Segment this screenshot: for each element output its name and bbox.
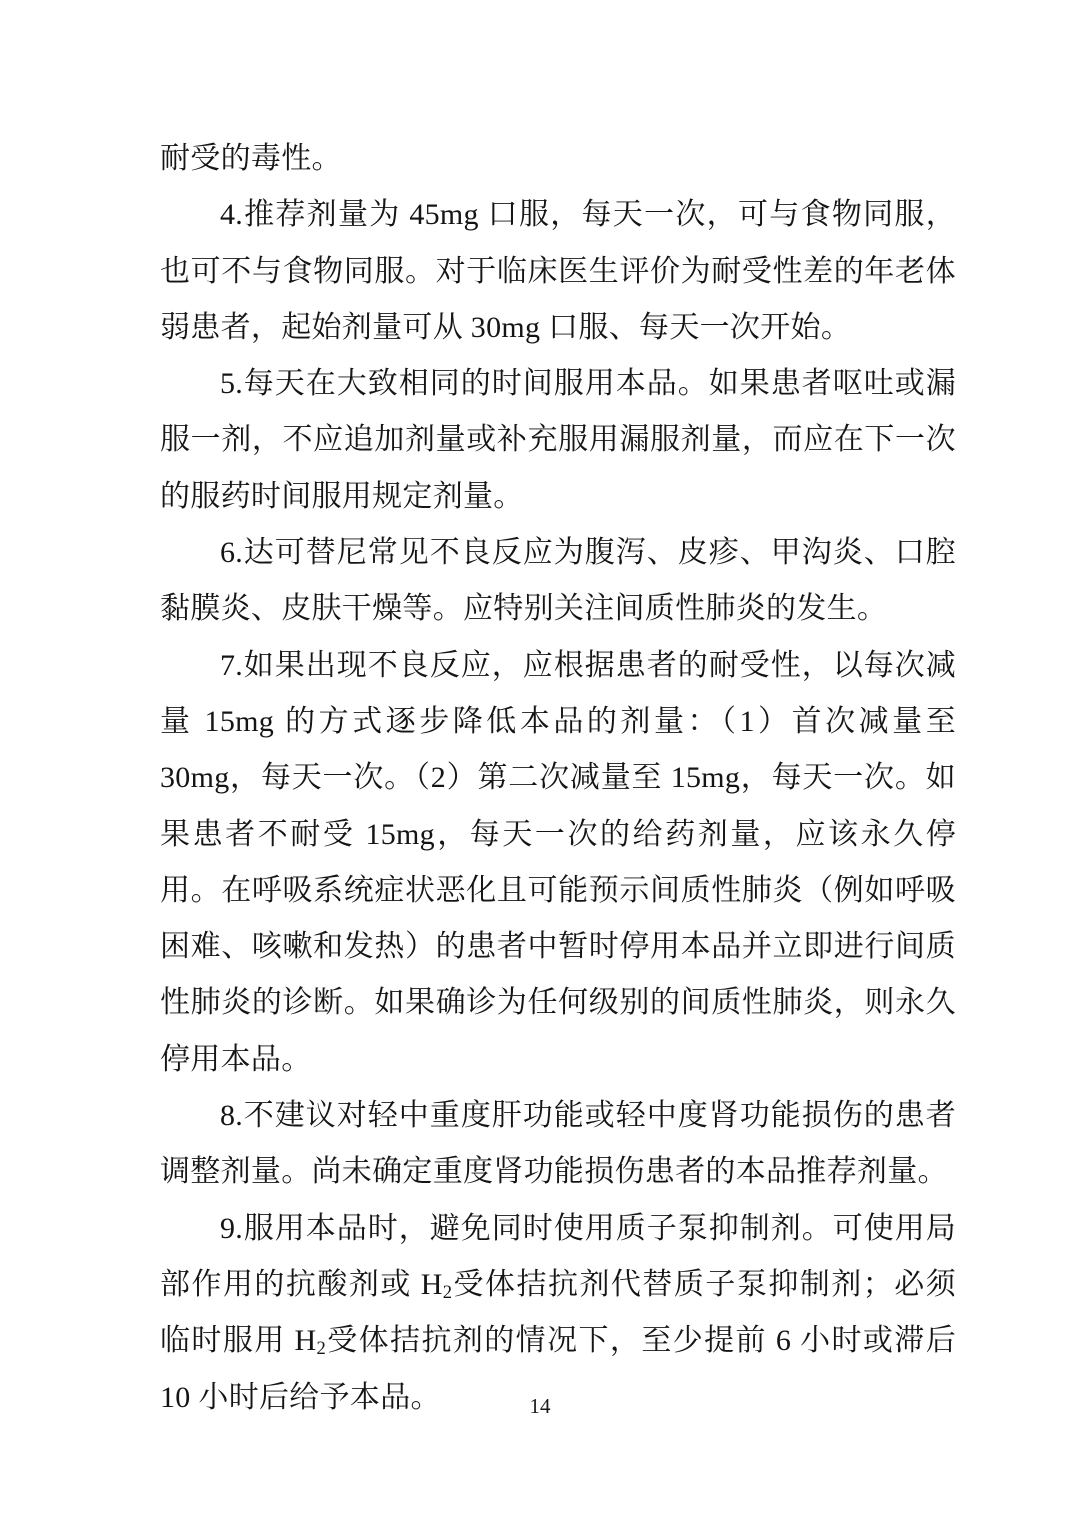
paragraph-text: 4.推荐剂量为 45mg 口服，每天一次，可与食物同服，也可不与食物同服。对于临…: [160, 198, 956, 344]
h2-subscript: 2: [443, 1282, 453, 1303]
paragraph-item-9: 9.服用本品时，避免同时使用质子泵抑制剂。可使用局部作用的抗酸剂或 H2受体拮抗…: [160, 1201, 956, 1426]
page-number: 14: [0, 1394, 1080, 1418]
paragraph-item-4: 4.推荐剂量为 45mg 口服，每天一次，可与食物同服，也可不与食物同服。对于临…: [160, 187, 956, 356]
paragraph-item-6: 6.达可替尼常见不良反应为腹泻、皮疹、甲沟炎、口腔黏膜炎、皮肤干燥等。应特别关注…: [160, 525, 956, 638]
paragraph-item-5: 5.每天在大致相同的时间服用本品。如果患者呕吐或漏服一剂，不应追加剂量或补充服用…: [160, 356, 956, 525]
paragraph-text: 6.达可替尼常见不良反应为腹泻、皮疹、甲沟炎、口腔黏膜炎、皮肤干燥等。应特别关注…: [160, 536, 956, 625]
paragraph-text: 耐受的毒性。: [160, 142, 342, 175]
document-body: 耐受的毒性。 4.推荐剂量为 45mg 口服，每天一次，可与食物同服，也可不与食…: [0, 0, 956, 1426]
paragraph-item-8: 8.不建议对轻中重度肝功能或轻中度肾功能损伤的患者调整剂量。尚未确定重度肾功能损…: [160, 1088, 956, 1201]
paragraph-text: 8.不建议对轻中重度肝功能或轻中度肾功能损伤的患者调整剂量。尚未确定重度肾功能损…: [160, 1099, 956, 1188]
paragraph-text: 7.如果出现不良反应，应根据患者的耐受性，以每次减量 15mg 的方式逐步降低本…: [160, 649, 956, 1076]
document-page: { "page": { "number": "14", "background_…: [0, 0, 1080, 1528]
paragraph-text: 5.每天在大致相同的时间服用本品。如果患者呕吐或漏服一剂，不应追加剂量或补充服用…: [160, 367, 956, 513]
paragraph-item-7: 7.如果出现不良反应，应根据患者的耐受性，以每次减量 15mg 的方式逐步降低本…: [160, 638, 956, 1088]
h2-subscript: 2: [317, 1338, 327, 1359]
paragraph-continuation: 耐受的毒性。: [160, 131, 956, 187]
